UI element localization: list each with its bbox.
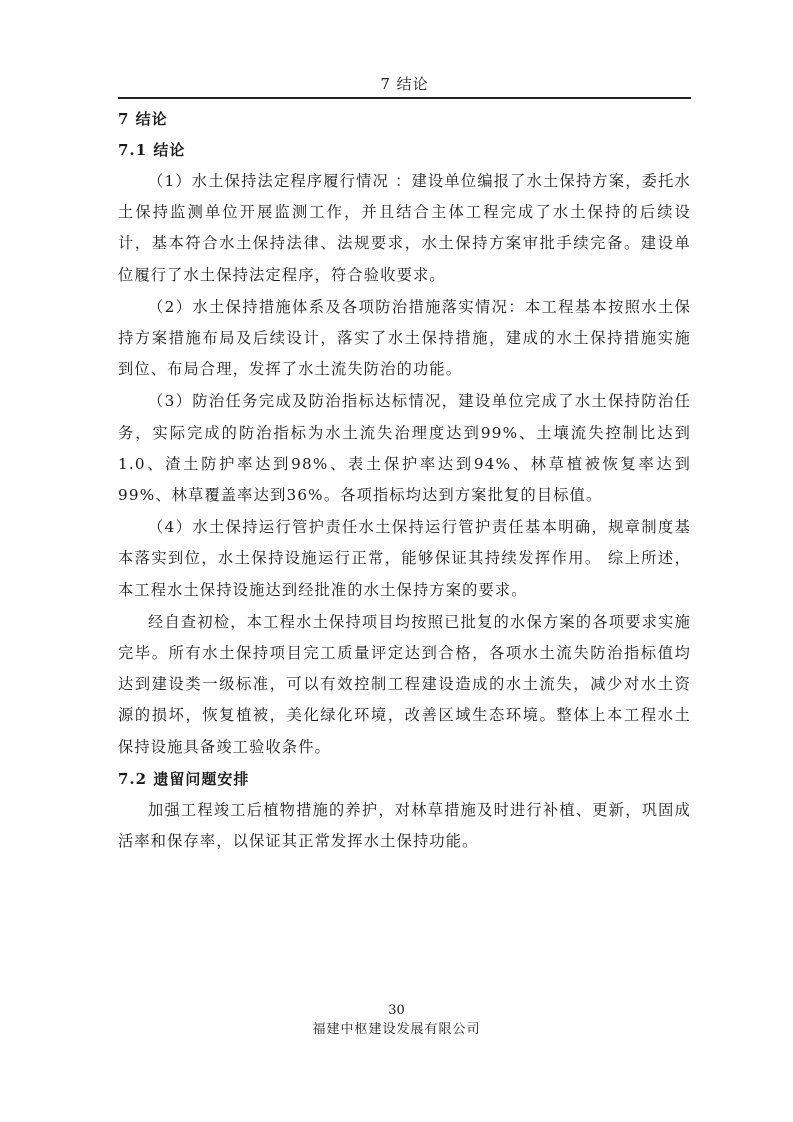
chapter-heading: 7 结论 bbox=[118, 104, 691, 135]
header-rule-divider bbox=[118, 97, 691, 99]
paragraph-self-inspection: 经自查初检，本工程水土保持项目均按照已批复的水保方案的各项要求实施完毕。所有水土… bbox=[118, 607, 691, 763]
paragraph-legal-procedure: （1）水土保持法定程序履行情况 ：建设单位编报了水土保持方案，委托水土保持监测单… bbox=[118, 166, 691, 291]
document-body: 7 结论 7.1 结论 （1）水土保持法定程序履行情况 ：建设单位编报了水土保持… bbox=[118, 104, 691, 858]
paragraph-measures-system: （2）水土保持措施体系及各项防治措施落实情况：本工程基本按照水土保持方案措施布局… bbox=[118, 292, 691, 386]
paragraph-operation-management: （4）水土保持运行管护责任水土保持运行管护责任基本明确，规章制度基本落实到位，水… bbox=[118, 512, 691, 606]
running-header: 7 结论 bbox=[118, 74, 691, 94]
section-7-2-heading: 7.2 遗留问题安排 bbox=[118, 764, 691, 795]
page-number: 30 bbox=[0, 1003, 793, 1019]
section-7-1-heading: 7.1 结论 bbox=[118, 135, 691, 166]
footer-company-name: 福建中枢建设发展有限公司 bbox=[0, 1021, 793, 1039]
paragraph-remaining-issues: 加强工程竣工后植物措施的养护，对林草措施及时进行补植、更新，巩固成活率和保存率，… bbox=[118, 795, 691, 857]
paragraph-targets-achieved: （3）防治任务完成及防治指标达标情况，建设单位完成了水土保持防治任务，实际完成的… bbox=[118, 386, 691, 511]
